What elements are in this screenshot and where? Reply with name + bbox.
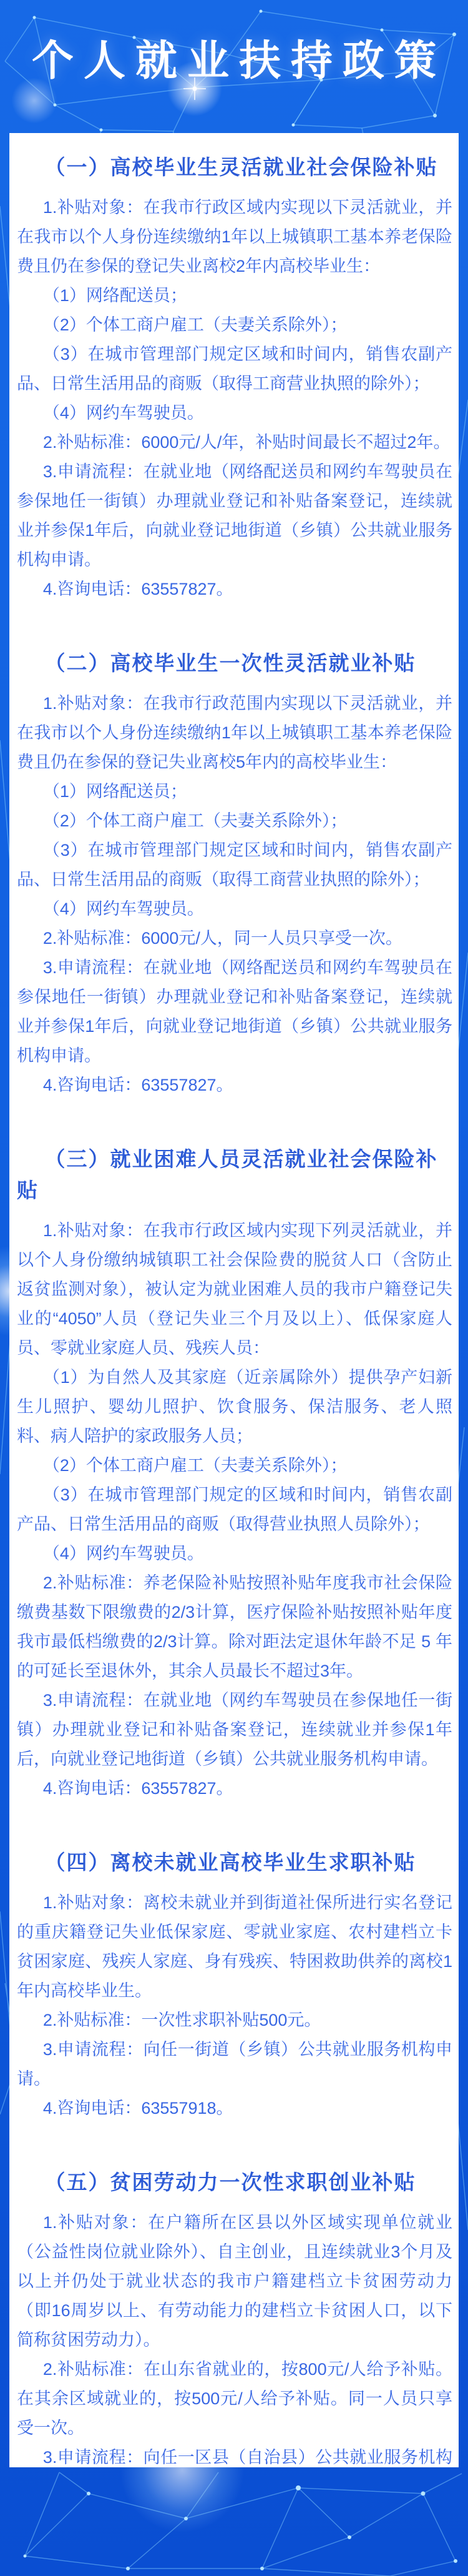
section-paragraphs: 1.补贴对象：在户籍所在区县以外区域实现单位就业（公益性岗位就业除外）、自主创业… [17, 2208, 452, 2467]
paragraph: （2）个体工商户雇工（夫妻关系除外）； [17, 310, 452, 340]
policy-section: （二）高校毕业生一次性灵活就业补贴 1.补贴对象：在我市行政范围内实现以下灵活就… [17, 648, 452, 1100]
paragraph: （1）为自然人及其家庭（近亲属除外）提供孕产妇新生儿照护、婴幼儿照护、饮食服务、… [17, 1363, 452, 1451]
policy-section: （一）高校毕业生灵活就业社会保险补贴 1.补贴对象：在我市行政区域内实现以下灵活… [17, 152, 452, 604]
paragraph: （1）网络配送员； [17, 281, 452, 310]
paragraph: 3.申请流程：向任一区县（自治县）公共就业服务机构申请。 [17, 2443, 452, 2467]
paragraph: 1.补贴对象：离校未就业并到街道社保所进行实名登记的重庆籍登记失业低保家庭、零就… [17, 1888, 452, 2006]
paragraph: （1）网络配送员； [17, 777, 452, 806]
section-heading: （五）贫困劳动力一次性求职创业补贴 [17, 2167, 452, 2198]
paragraph: 3.申请流程：向任一街道（乡镇）公共就业服务机构申请。 [17, 2035, 452, 2094]
paragraph: （4）网约车驾驶员。 [17, 399, 452, 428]
paragraph: 4.咨询电话：63557918。 [17, 2094, 452, 2123]
paragraph: 4.咨询电话：63557827。 [17, 1774, 452, 1803]
paragraph: 1.补贴对象：在我市行政区域内实现下列灵活就业，并以个人身份缴纳城镇职工社会保险… [17, 1216, 452, 1363]
paragraph: 3.申请流程：在就业地（网络配送员和网约车驾驶员在参保地任一街镇）办理就业登记和… [17, 953, 452, 1071]
page-title: 个人就业扶持政策 [0, 0, 468, 87]
paragraph: 1.补贴对象：在我市行政范围内实现以下灵活就业，并在我市以个人身份连续缴纳1年以… [17, 689, 452, 777]
paragraph: 1.补贴对象：在我市行政区域内实现以下灵活就业，并在我市以个人身份连续缴纳1年以… [17, 193, 452, 281]
paragraph: 4.咨询电话：63557827。 [17, 1071, 452, 1100]
policy-section: （四）离校未就业高校毕业生求职补贴 1.补贴对象：离校未就业并到街道社保所进行实… [17, 1847, 452, 2123]
paragraph: （2）个体工商户雇工（夫妻关系除外）； [17, 1451, 452, 1480]
policy-section: （五）贫困劳动力一次性求职创业补贴 1.补贴对象：在户籍所在区县以外区域实现单位… [17, 2167, 452, 2467]
section-heading: （二）高校毕业生一次性灵活就业补贴 [17, 648, 452, 679]
paragraph: （2）个体工商户雇工（夫妻关系除外）； [17, 806, 452, 836]
section-heading: （三）就业困难人员灵活就业社会保险补贴 [17, 1144, 452, 1206]
section-paragraphs: 1.补贴对象：离校未就业并到街道社保所进行实名登记的重庆籍登记失业低保家庭、零就… [17, 1888, 452, 2123]
paragraph: 2.补贴标准：6000元/人，同一人员只享受一次。 [17, 924, 452, 953]
paragraph: 2.补贴标准：6000元/人/年，补贴时间最长不超过2年。 [17, 428, 452, 457]
paragraph: （3）在城市管理部门规定的区域和时间内，销售农副产品、日常生活用品的商贩（取得营… [17, 1480, 452, 1539]
paragraph: 1.补贴对象：在户籍所在区县以外区域实现单位就业（公益性岗位就业除外）、自主创业… [17, 2208, 452, 2355]
sections-container: （一）高校毕业生灵活就业社会保险补贴 1.补贴对象：在我市行政区域内实现以下灵活… [17, 152, 452, 2467]
paragraph: （4）网约车驾驶员。 [17, 1539, 452, 1568]
section-heading: （四）离校未就业高校毕业生求职补贴 [17, 1847, 452, 1878]
paragraph: 2.补贴标准：在山东省就业的，按800元/人给予补贴。在其余区域就业的，按500… [17, 2355, 452, 2443]
policy-card: （一）高校毕业生灵活就业社会保险补贴 1.补贴对象：在我市行政区域内实现以下灵活… [9, 133, 459, 2467]
section-heading: （一）高校毕业生灵活就业社会保险补贴 [17, 152, 452, 183]
policy-section: （三）就业困难人员灵活就业社会保险补贴 1.补贴对象：在我市行政区域内实现下列灵… [17, 1144, 452, 1803]
paragraph: 4.咨询电话：63557827。 [17, 575, 452, 604]
paragraph: （3）在城市管理部门规定区域和时间内，销售农副产品、日常生活用品的商贩（取得工商… [17, 340, 452, 399]
paragraph: （3）在城市管理部门规定区域和时间内，销售农副产品、日常生活用品的商贩（取得工商… [17, 836, 452, 894]
section-paragraphs: 1.补贴对象：在我市行政范围内实现以下灵活就业，并在我市以个人身份连续缴纳1年以… [17, 689, 452, 1100]
paragraph: 2.补贴标准：一次性求职补贴500元。 [17, 2006, 452, 2035]
section-paragraphs: 1.补贴对象：在我市行政区域内实现下列灵活就业，并以个人身份缴纳城镇职工社会保险… [17, 1216, 452, 1803]
section-paragraphs: 1.补贴对象：在我市行政区域内实现以下灵活就业，并在我市以个人身份连续缴纳1年以… [17, 193, 452, 604]
paragraph: （4）网约车驾驶员。 [17, 894, 452, 924]
paragraph: 3.申请流程：在就业地（网络配送员和网约车驾驶员在参保地任一街镇）办理就业登记和… [17, 457, 452, 575]
paragraph: 3.申请流程：在就业地（网约车驾驶员在参保地任一街镇）办理就业登记和补贴备案登记… [17, 1686, 452, 1774]
policy-poster: 个人就业扶持政策 （一）高校毕业生灵活就业社会保险补贴 1.补贴对象：在我市行政… [0, 0, 468, 2576]
paragraph: 2.补贴标准：养老保险补贴按照补贴年度我市社会保险缴费基数下限缴费的2/3计算，… [17, 1568, 452, 1686]
